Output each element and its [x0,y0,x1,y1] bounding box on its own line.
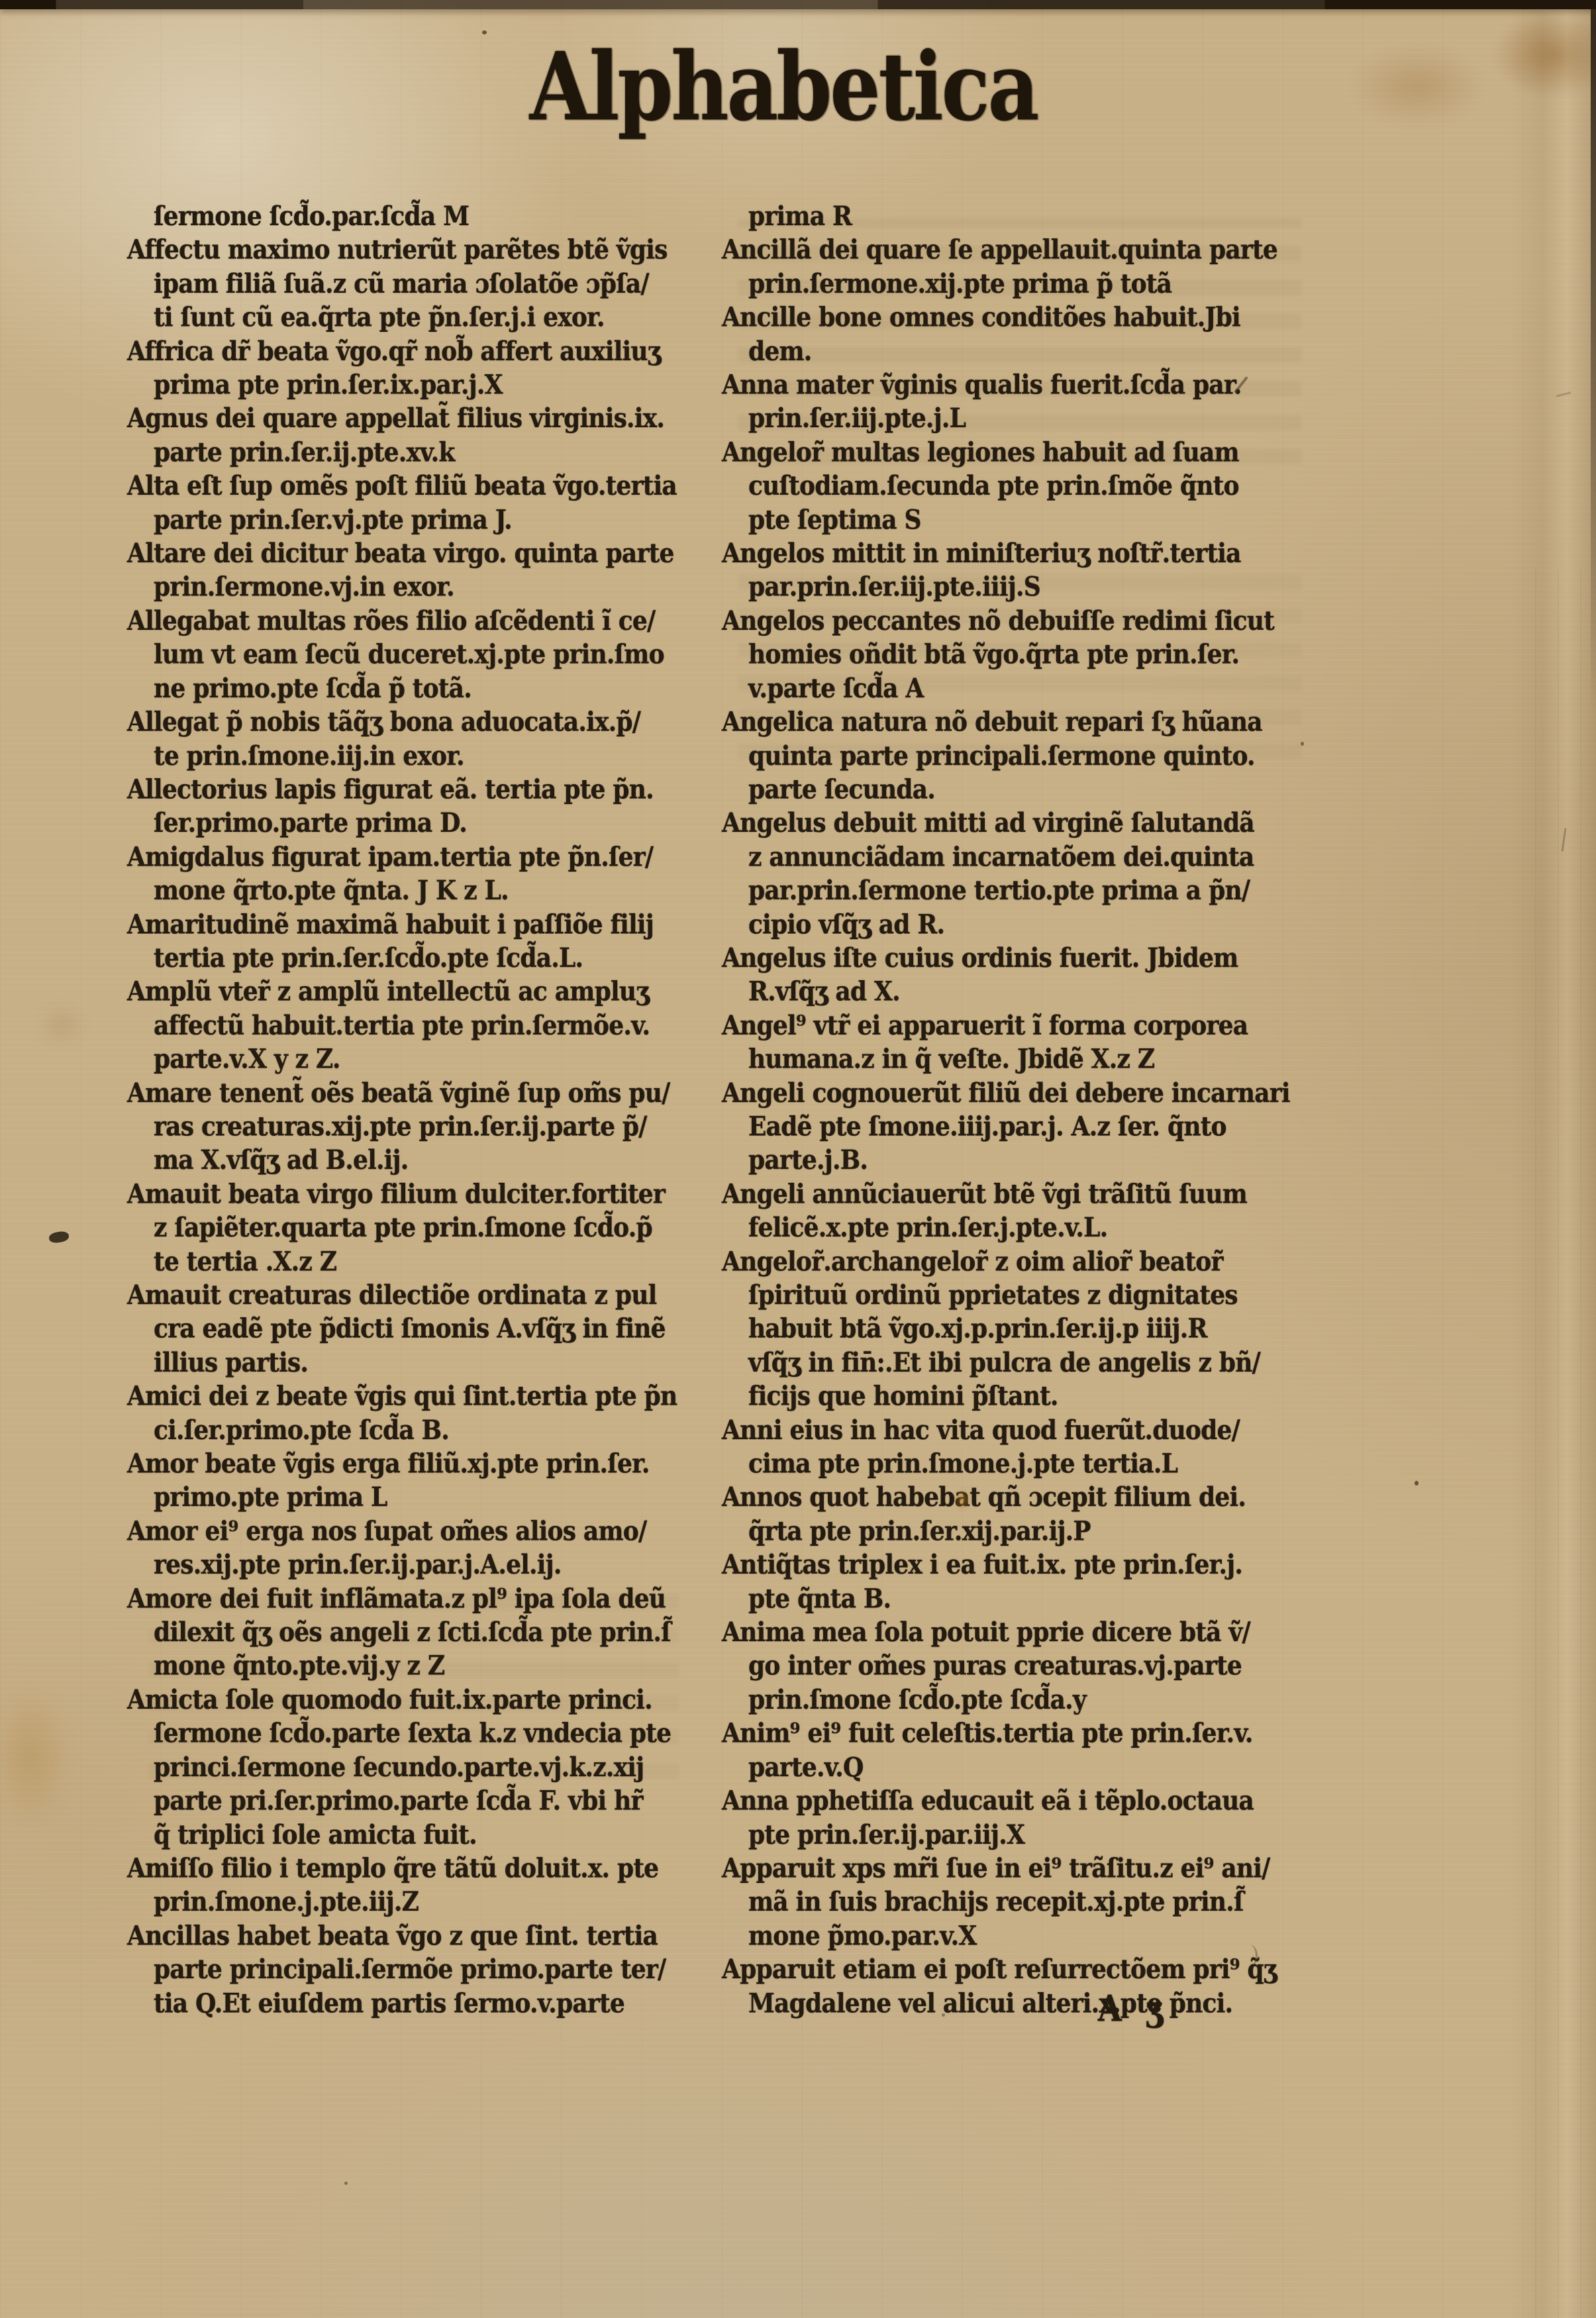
scanned-book-page: Alphabetica ſermone ſcd̃o.par.ſcd̃a MAff… [0,0,1596,2318]
text-line: cipio vſq̃ʒ ad R. [722,908,1324,942]
text-line: Angel⁹ vtr̃ ei apparuerit ĩ forma corpor… [722,1009,1324,1043]
ink-speck [1415,1481,1419,1486]
text-line: ti ſunt cũ ea.q̃rta pte p̃n.ſer.j.i exor… [127,301,702,335]
text-line: ras creaturas.xij.pte prin.ſer.ij.parte … [127,1110,702,1144]
text-line: te prin.ſmone.iij.in exor. [127,739,702,773]
text-line: Angelos mittit in miniſteriuʒ noſtr̃.ter… [722,537,1324,571]
text-line: Ancille bone omnes conditões habuit.Jbi [722,301,1324,335]
text-line: parte.v.Q [722,1750,1324,1784]
text-line: q̃ triplici ſole amicta fuit. [127,1818,702,1852]
text-line: lum vt eam ſecũ duceret.xj.pte prin.ſmo [127,638,702,672]
page-title: Alphabetica [0,36,1596,139]
text-line: Affrica dr̃ beata ṽgo.qr̃ nob̃ affert au… [127,335,702,369]
text-line: prin.ſermone.vj.in exor. [127,571,702,605]
text-line: prin.ſer.iij.pte.j.L [722,402,1324,436]
text-line: habuit btã ṽgo.xj.p.prin.ſer.ij.p iiij.R [722,1313,1324,1346]
text-line: dilexit q̃ʒ oẽs angeli z ſcti.ſcd̃a pte … [127,1616,702,1650]
text-line: parte.v.X y z Z. [127,1043,702,1077]
text-line: Eadẽ pte ſmone.iiij.par.j. A.z ſer. q̃nt… [722,1110,1324,1144]
text-line: Anna pphetiſſa educauit eã i tẽplo.octau… [722,1784,1324,1818]
text-line: prima pte prin.ſer.ix.par.j.X [127,369,702,403]
text-line: mone p̃mo.par.v.X [722,1919,1324,1953]
ink-speck [1301,742,1304,746]
text-line: Amigdalus figurat ipam.tertia pte p̃n.ſe… [127,840,702,874]
text-line: Magdalene vel alicui alteri.x.pte p̃nci. [722,1987,1324,2021]
text-line: homies oñdit btã ṽgo.q̃rta pte prin.ſer. [722,638,1324,672]
text-line: Angelos peccantes nõ debuiſſe redimi ſic… [722,605,1324,638]
text-line: mone q̃nto.pte.vij.y z Z [127,1650,702,1684]
text-line: Amare tenent̃ oẽs beatã ṽginẽ ſup om̃s p… [127,1076,702,1110]
text-column-right: prima RAncillã dei quare ſe appellauit.q… [722,200,1324,2021]
text-line: parte prin.ſer.vj.pte prima J. [127,503,702,537]
text-line: Allectorius lapis figurat eã. tertia pte… [127,773,702,807]
text-line: q̃rta pte prin.ſer.xij.par.ij.P [722,1515,1324,1548]
text-line: pte prin.ſer.ij.par.iij.X [722,1818,1324,1852]
page-edge-creases [1514,570,1587,2318]
ink-speck [344,2182,348,2185]
text-line: ſermone ſcd̃o.parte ſexta k.z vndecia pt… [127,1717,702,1751]
text-line: mone q̃rto.pte q̃nta. J K z L. [127,874,702,908]
text-line: go inter om̃es puras creaturas.vj.parte [722,1650,1324,1684]
text-line: Angelor̃ multas legiones habuit ad ſuam [722,436,1324,470]
text-line: Angeli cognouerũt filiũ dei debere incar… [722,1076,1324,1110]
text-line: quinta parte principali.ſermone quinto. [722,739,1324,773]
text-line: par.prin.ſermone tertio.pte prima a p̃n/ [722,874,1324,908]
text-line: Allegabat multas rões filio aſcẽdenti ĩ … [127,605,702,638]
text-line: z annunciãdam incarnatõem dei.quinta [722,840,1324,874]
text-line: Angelus debuit mitti ad virginẽ ſalutand… [722,807,1324,840]
quire-signature: A ʒ [1098,1987,1170,2031]
text-line: affectũ habuit.tertia pte prin.ſermõe.v. [127,1009,702,1043]
page-edge-shadow [1591,0,1596,715]
text-line: res.xij.pte prin.ſer.ij.par.j.A.el.ij. [127,1548,702,1582]
text-line: v.parte ſcd̃a A [722,672,1324,706]
text-line: cra eadẽ pte p̃dicti ſmonis A.vſq̃ʒ in f… [127,1313,702,1346]
text-line: pte q̃nta B. [722,1582,1324,1616]
text-line: Ancillã dei quare ſe appellauit.quinta p… [722,234,1324,268]
text-line: parte prin.ſer.ij.pte.xv.k [127,436,702,470]
text-line: ma X.vſq̃ʒ ad B.el.ij. [127,1144,702,1178]
text-line: mã in ſuis brachijs recepit.xj.pte prin.… [722,1886,1324,1919]
text-line: parte.j.B. [722,1144,1324,1178]
text-line: felicẽ.x.pte prin.ſer.j.pte.v.L. [722,1211,1324,1245]
text-line: Amauit beata virgo filium dulciter.forti… [127,1178,702,1211]
text-line: humana.z in q̃ veſte. Jbidẽ X.z Z [722,1043,1324,1077]
text-line: Anni eius in hac vita quod fuerũt.duode/ [722,1413,1324,1447]
text-line: Amicta ſole quomodo fuit.ix.parte princi… [127,1684,702,1717]
text-line: Affectu maximo nutrierũt parẽtes btẽ ṽgi… [127,234,702,268]
text-line: R.vſq̃ʒ ad X. [722,976,1324,1009]
stain [48,1231,70,1244]
text-line: Alta eſt ſup omẽs poſt filiũ beata ṽgo.t… [127,470,702,503]
text-line: Amaritudinẽ maximã habuit i paſſiõe fili… [127,908,702,942]
text-line: parte pri.ſer.primo.parte ſcd̃a F. vbi h… [127,1784,702,1818]
text-line: Amor beate ṽgis erga filiũ.xj.pte prin.ſ… [127,1447,702,1481]
text-line: dem. [722,335,1324,369]
text-line: Amiſſo filio i templo q̃re tãtũ doluit.x… [127,1852,702,1886]
text-line: pte ſeptima S [722,503,1324,537]
text-line: Angelica natura nõ debuit repari ſʒ hũan… [722,706,1324,740]
text-line: Amauit creaturas dilectiõe ordinata z pu… [127,1279,702,1313]
text-line: cuſtodiam.ſecunda pte prin.ſmõe q̃nto [722,470,1324,503]
page-edge-shadow [0,0,1596,9]
text-line: prima R [722,200,1324,234]
text-line: Anim⁹ ei⁹ fuit celeſtis.tertia pte prin.… [722,1717,1324,1751]
text-line: ci.ſer.primo.pte ſcd̃a B. [127,1413,702,1447]
text-line: illius partis. [127,1346,702,1380]
text-line: ne primo.pte ſcd̃a p̃ totã. [127,672,702,706]
text-line: Angelor̃.archangelor̃ z oim alior̃ beato… [722,1245,1324,1279]
text-line: tia Q.Et eiuſdem partis ſermo.v.parte [127,1987,702,2021]
text-line: Angeli annũciauerũt btẽ ṽgi trãſitũ ſuum [722,1178,1324,1211]
text-line: prin.ſermone.xij.pte prima p̃ totã [722,268,1324,301]
text-line: princi.ſermone ſecundo.parte.vj.k.z.xij [127,1750,702,1784]
text-line: prin.ſmone.j.pte.iij.Z [127,1886,702,1919]
text-line: Allegat p̃ nobis tãq̃ʒ bona aduocata.ix.… [127,706,702,740]
text-line: primo.pte prima L [127,1481,702,1515]
text-line: Anna mater ṽginis qualis fuerit.ſcd̃a pa… [722,369,1324,403]
ink-speck [482,30,487,34]
text-line: ficijs que homini p̃ſtant. [722,1380,1324,1414]
text-line: Antiq̃tas triplex i ea fuit.ix. pte prin… [722,1548,1324,1582]
text-column-left: ſermone ſcd̃o.par.ſcd̃a MAffectu maximo … [127,200,702,2021]
stain [38,1004,85,1046]
text-line: ipam filiã ſuã.z cũ maria ɔſolatõe ɔp̃ſa… [127,268,702,301]
text-line: ſermone ſcd̃o.par.ſcd̃a M [127,200,702,234]
text-line: tertia pte prin.ſer.ſcd̃o.pte ſcd̃a.L. [127,942,702,976]
text-line: ſer.primo.parte prima D. [127,807,702,840]
text-line: parte ſecunda. [722,773,1324,807]
text-line: parte principali.ſermõe primo.parte ter/ [127,1953,702,1987]
text-line: Amici dei z beate ṽgis qui ſint.tertia p… [127,1380,702,1414]
text-line: z ſapiẽter.quarta pte prin.ſmone ſcd̃o.p… [127,1211,702,1245]
text-line: Altare dei dicitur beata virgo. quinta p… [127,537,702,571]
text-line: Annos quot habebat qñ ɔcepit filium dei. [722,1481,1324,1515]
text-line: Agnus dei quare appellat̃ filius virgini… [127,402,702,436]
text-line: te tertia .X.z Z [127,1245,702,1279]
text-line: Angelus iſte cuius ordinis fuerit. Jbide… [722,942,1324,976]
ink-speck [942,2013,945,2017]
text-line: cima pte prin.ſmone.j.pte tertia.L [722,1447,1324,1481]
text-line: prin.ſmone ſcd̃o.pte ſcd̃a.y [722,1684,1324,1717]
text-line: par.prin.ſer.iij.pte.iiij.S [722,571,1324,605]
text-line: Ancillas habet beata ṽgo z que ſint. ter… [127,1919,702,1953]
text-line: Amore dei fuit inflãmata.z pl⁹ ipa ſola … [127,1582,702,1616]
text-line: ſpirituũ ordinũ pprietates z dignitates [722,1279,1324,1313]
stain [0,1688,70,1827]
text-line: vſq̃ʒ in fin̄:.Et ibi pulcra de angelis … [722,1346,1324,1380]
text-line: Amor ei⁹ erga nos ſupat om̃es alios amo/ [127,1515,702,1548]
text-line: Apparuit etiam ei poſt reſurrectõem pri⁹… [722,1953,1324,1987]
text-line: Amplũ vter̃ z amplũ intellectũ ac ampluʒ [127,976,702,1009]
text-line: Anima mea ſola potuit pprie dicere btã ṽ… [722,1616,1324,1650]
text-line: Apparuit xps mr̃i ſue in ei⁹ trãſitu.z e… [722,1852,1324,1886]
